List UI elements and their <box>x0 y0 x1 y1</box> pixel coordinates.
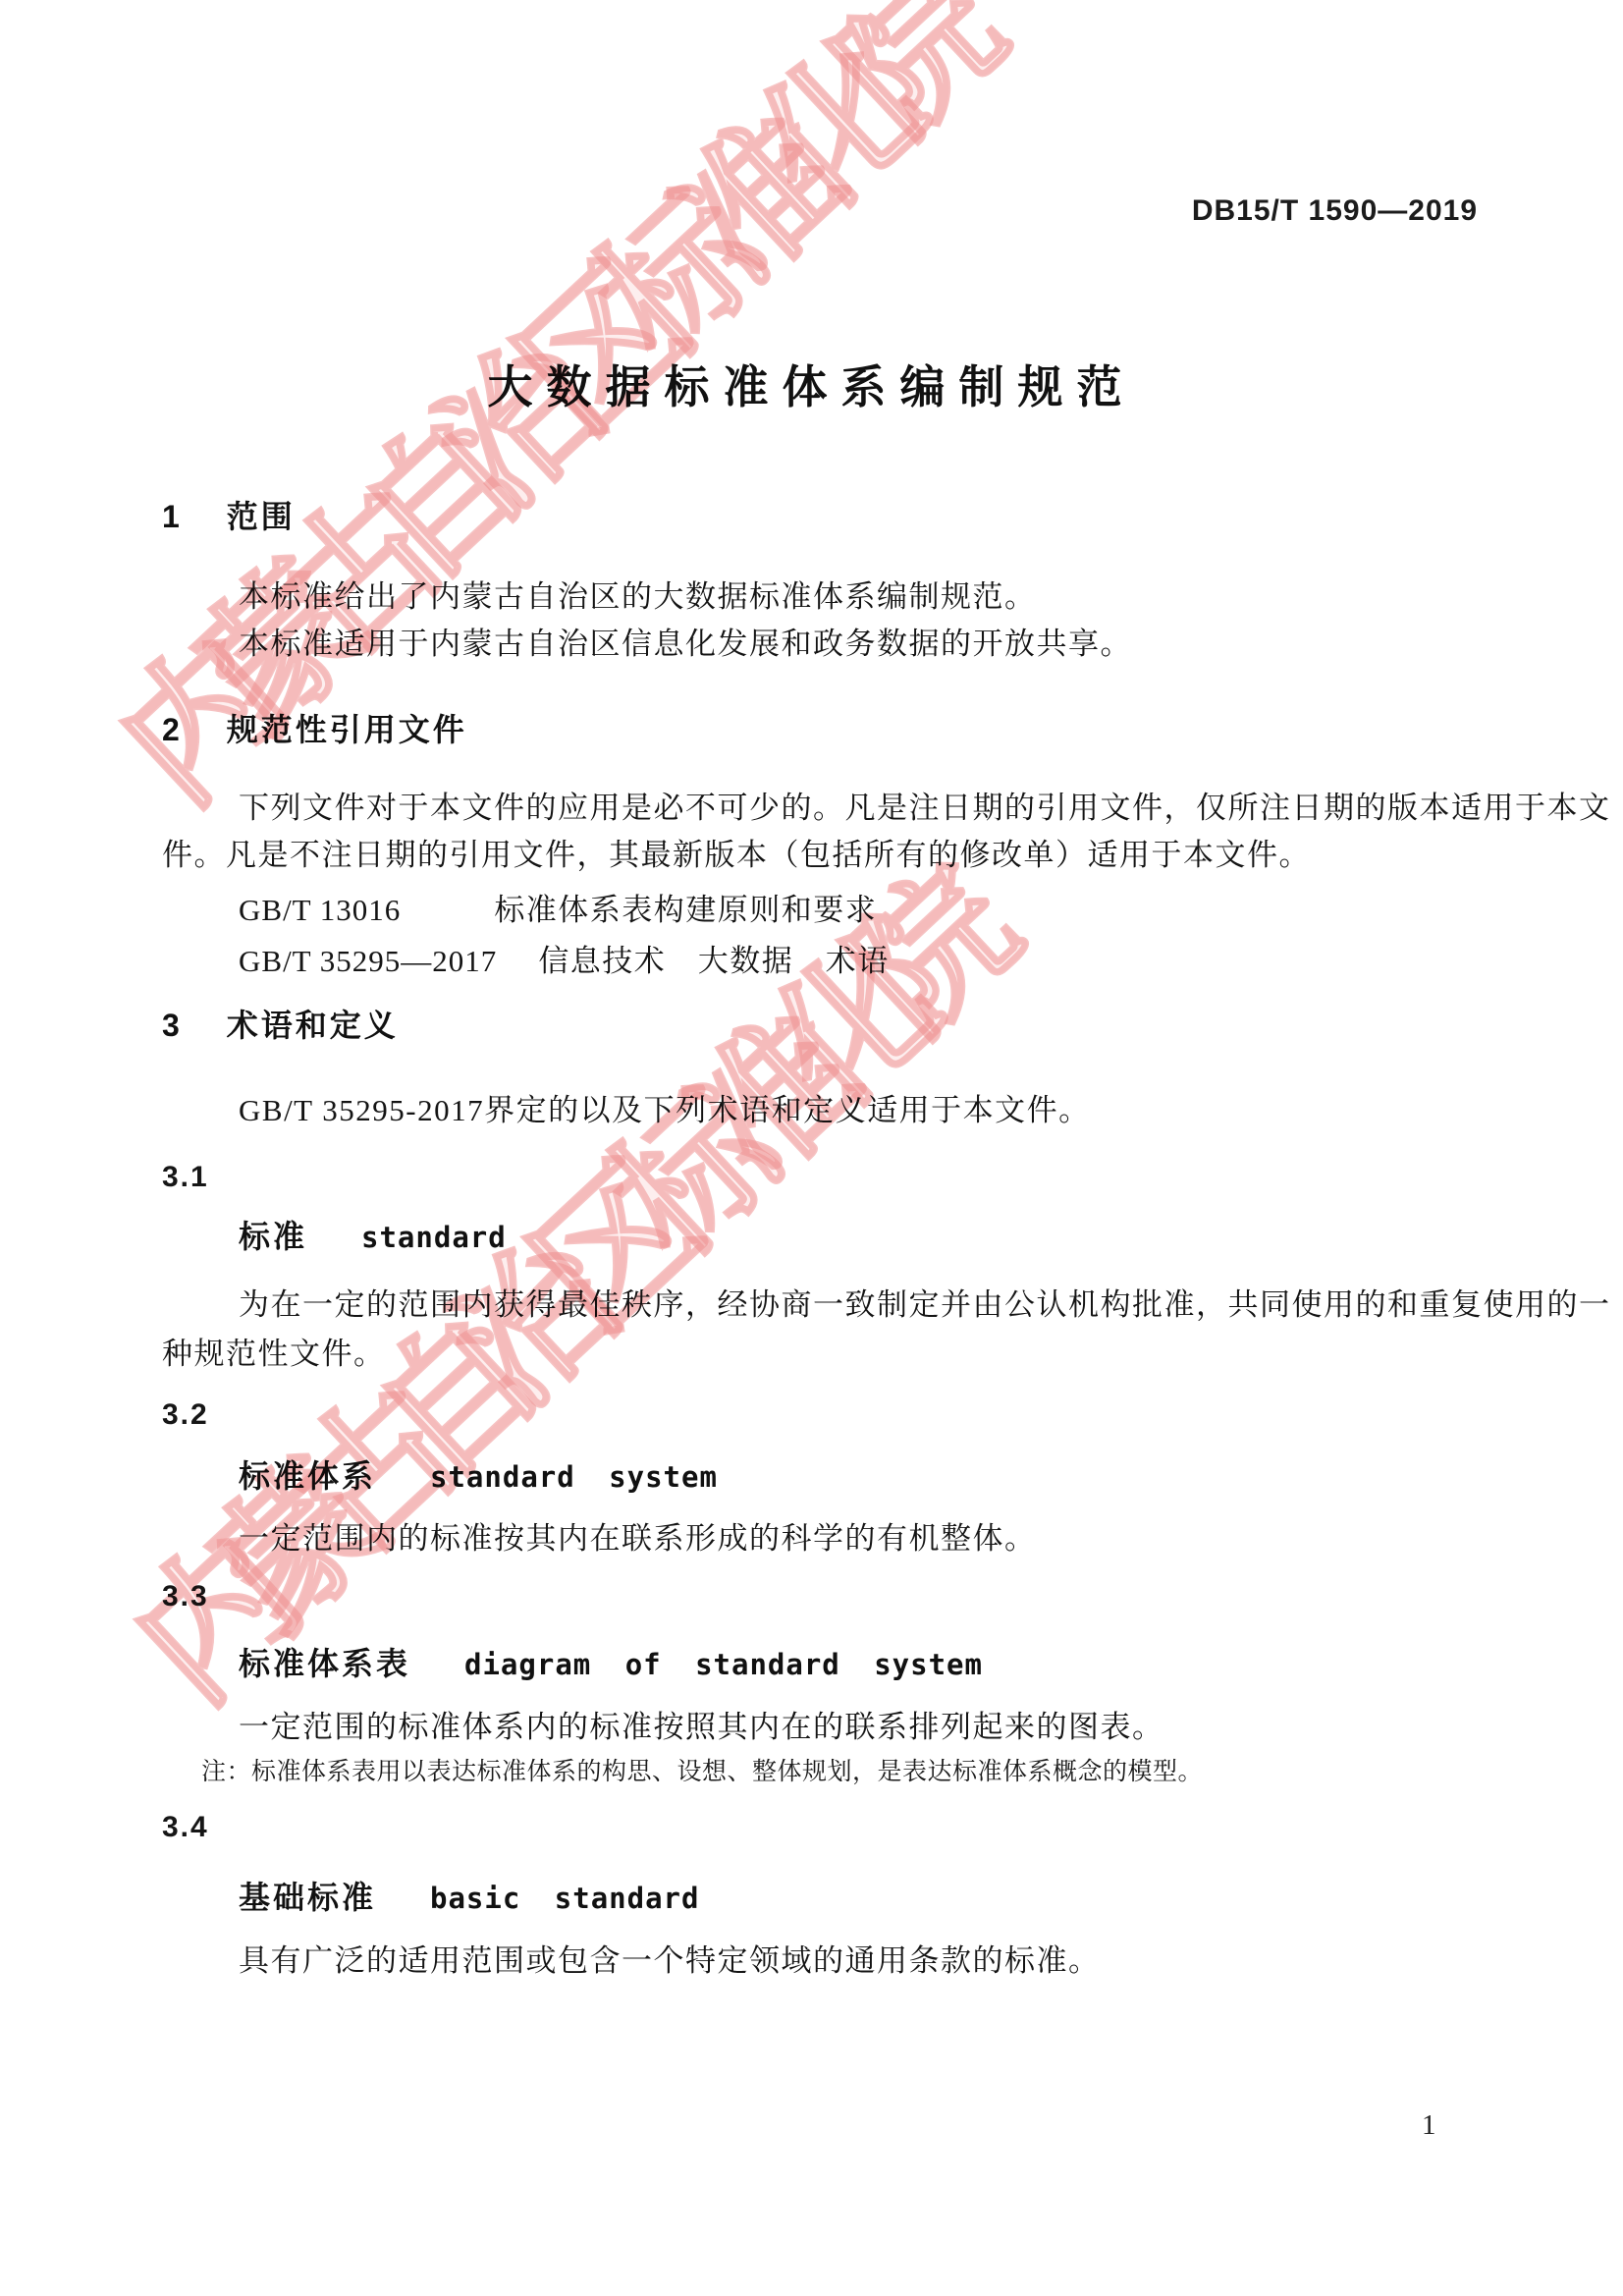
clause-1-heading: 1范围 <box>162 492 296 537</box>
reference-1-title: 标准体系表构建原则和要求 <box>494 885 877 929</box>
term-3-2-en: standard system <box>430 1460 718 1494</box>
term-3-1-number: 3.1 <box>162 1161 209 1194</box>
term-3-1-definition-line-1: 为在一定的范围内获得最佳秩序，经协商一致制定并由公认机构批准，共同使用的和重复使… <box>239 1280 1611 1324</box>
term-3-3-zh: 标准体系表 <box>239 1646 410 1681</box>
term-3-4-number: 3.4 <box>162 1811 209 1844</box>
term-3-3-en: diagram of standard system <box>464 1648 983 1681</box>
clause-2-heading-text: 规范性引用文件 <box>227 712 467 747</box>
term-3-1-en: standard <box>361 1221 507 1254</box>
document-page: DB15/T 1590—2019 大数据标准体系编制规范 1范围 本标准给出了内… <box>0 0 1623 2296</box>
term-3-4-row: 基础标准basic standard <box>239 1873 699 1918</box>
term-3-2-zh: 标准体系 <box>239 1458 376 1494</box>
term-3-2-definition: 一定范围内的标准按其内在联系形成的科学的有机整体。 <box>239 1513 1037 1558</box>
clause-3-number: 3 <box>162 1008 180 1044</box>
reference-2-code: GB/T 35295—2017 <box>239 944 497 978</box>
term-3-4-definition: 具有广泛的适用范围或包含一个特定领域的通用条款的标准。 <box>239 1936 1101 1980</box>
normative-reference-2: GB/T 35295—2017信息技术 大数据 术语 <box>239 936 890 980</box>
term-3-2-number: 3.2 <box>162 1398 209 1432</box>
clause-1-paragraph-2: 本标准适用于内蒙古自治区信息化发展和政务数据的开放共享。 <box>239 619 1132 663</box>
page-title: 大数据标准体系编制规范 <box>0 352 1623 416</box>
clause-2-heading: 2规范性引用文件 <box>162 705 467 750</box>
clause-2-number: 2 <box>162 712 180 748</box>
term-3-3-row: 标准体系表diagram of standard system <box>239 1639 983 1684</box>
clause-3-heading: 3术语和定义 <box>162 1001 399 1046</box>
term-3-3-number: 3.3 <box>162 1580 209 1613</box>
doc-number: DB15/T 1590—2019 <box>1192 194 1478 228</box>
clause-2-paragraph-line-2: 件。凡是不注日期的引用文件，其最新版本（包括所有的修改单）适用于本文件。 <box>162 830 1311 874</box>
term-3-1-definition-line-2: 种规范性文件。 <box>162 1329 386 1373</box>
term-3-4-en: basic standard <box>430 1882 699 1915</box>
reference-1-code: GB/T 13016 <box>239 893 401 927</box>
term-3-2-row: 标准体系standard system <box>239 1451 718 1497</box>
clause-1-number: 1 <box>162 499 180 535</box>
reference-2-title: 信息技术 大数据 术语 <box>538 936 890 980</box>
clause-3-heading-text: 术语和定义 <box>227 1008 399 1043</box>
term-3-4-zh: 基础标准 <box>239 1880 376 1915</box>
clause-3-intro: GB/T 35295-2017界定的以及下列术语和定义适用于本文件。 <box>239 1085 1091 1129</box>
term-3-3-note: 注：标准体系表用以表达标准体系的构思、设想、整体规划，是表达标准体系概念的模型。 <box>201 1752 1203 1787</box>
term-3-1-row: 标准standard <box>239 1212 507 1257</box>
clause-1-heading-text: 范围 <box>227 499 296 534</box>
clause-1-paragraph-1: 本标准给出了内蒙古自治区的大数据标准体系编制规范。 <box>239 572 1037 616</box>
term-3-3-definition: 一定范围的标准体系内的标准按照其内在的联系排列起来的图表。 <box>239 1702 1164 1746</box>
clause-2-paragraph-line-1: 下列文件对于本文件的应用是必不可少的。凡是注日期的引用文件，仅所注日期的版本适用… <box>239 783 1611 827</box>
normative-reference-1: GB/T 13016标准体系表构建原则和要求 <box>239 885 877 929</box>
term-3-1-zh: 标准 <box>239 1219 307 1254</box>
page-number: 1 <box>1422 2109 1436 2142</box>
